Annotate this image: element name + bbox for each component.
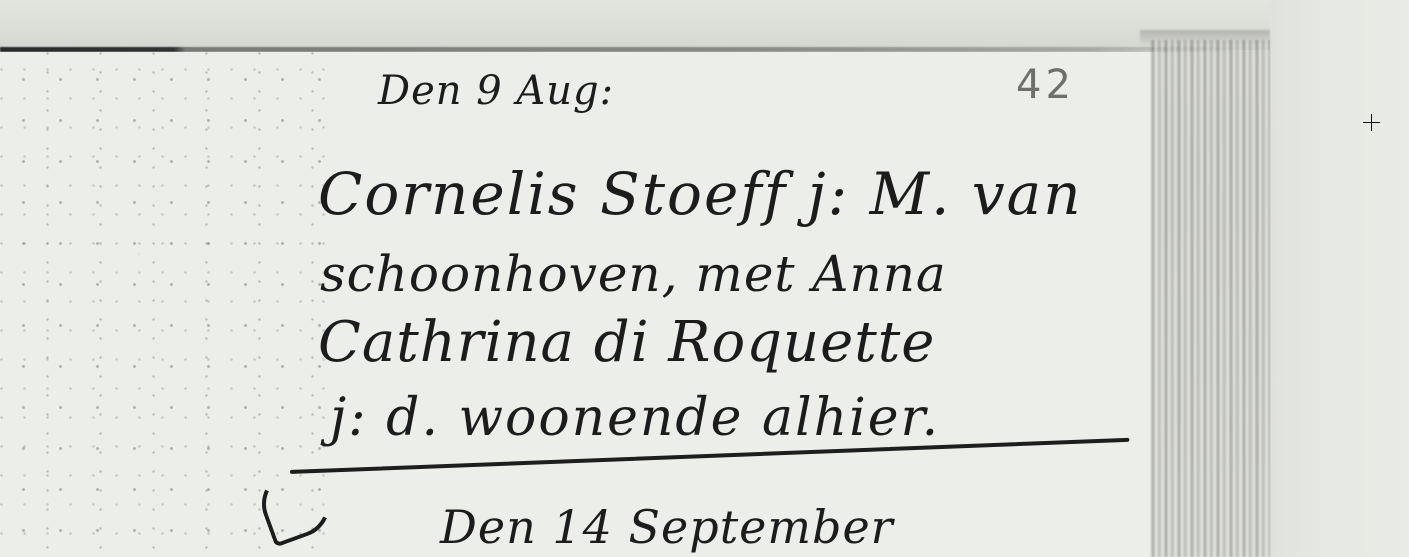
page-number: 42 xyxy=(1016,62,1075,108)
entry-date: Den 9 Aug: xyxy=(378,68,614,114)
background-margin xyxy=(1270,0,1409,557)
entry-line-3: Cathrina di Roquette xyxy=(318,310,935,375)
entry-line-1: Cornelis Stoeff j: M. van xyxy=(318,160,1083,228)
book-binding-page-stack xyxy=(1150,40,1270,557)
crosshair-cursor-icon xyxy=(1363,114,1380,131)
archive-page-viewer: 42 Den 9 Aug: Cornelis Stoeff j: M. van … xyxy=(0,0,1409,557)
entry-line-2: schoonhoven, met Anna xyxy=(320,245,947,303)
next-entry-date: Den 14 September xyxy=(440,500,894,554)
entry-line-4: j: d. woonende alhier. xyxy=(330,388,940,448)
